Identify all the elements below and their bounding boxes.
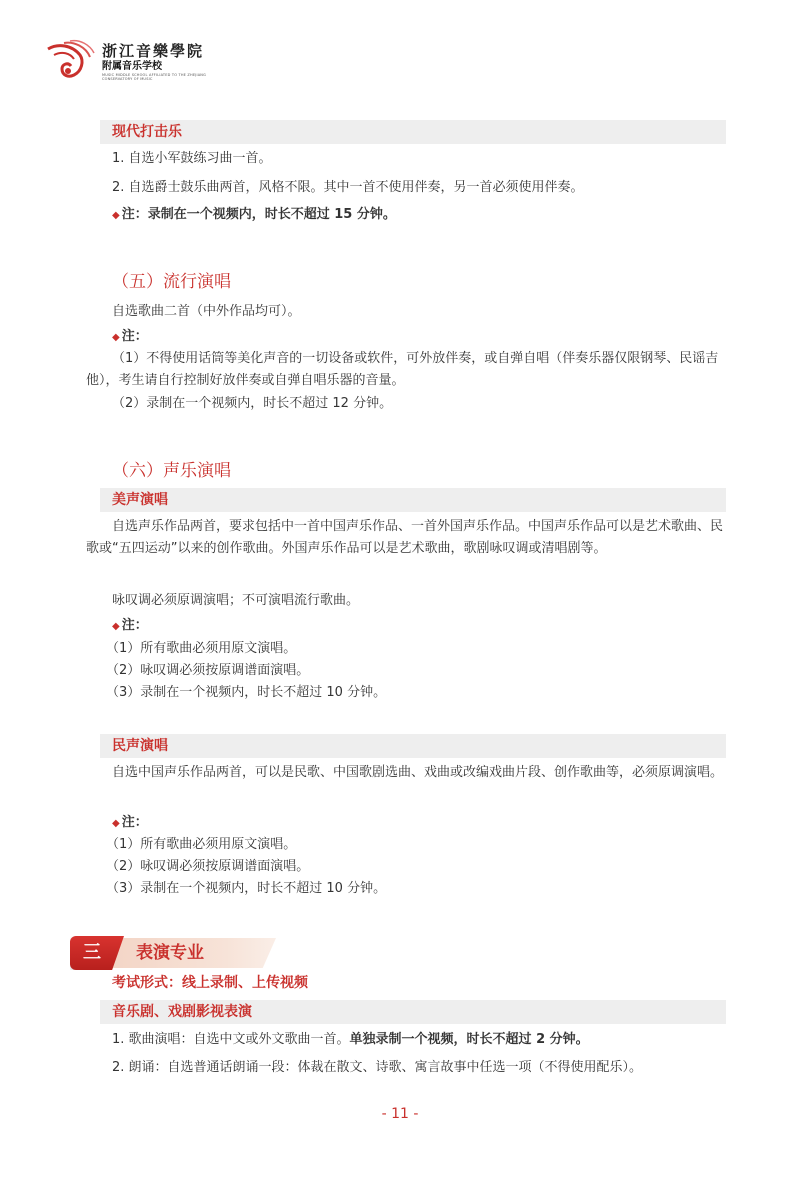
exam-format: 考试形式：线上录制、上传视频	[112, 972, 308, 994]
performance-item-1-bold: 单独录制一个视频，时长不超过 2 分钟。	[350, 1032, 589, 1047]
bel-canto-note-label-text: 注：	[122, 618, 148, 633]
folk-heading: 民声演唱	[100, 734, 726, 758]
pop-note-2: （2）录制在一个视频内，时长不超过 12 分钟。	[112, 394, 392, 414]
folk-description: 自选中国声乐作品两首，可以是民歌、中国歌剧选曲、戏曲或改编戏曲片段、创作歌曲等，…	[86, 762, 726, 784]
performance-item-2: 2. 朗诵：自选普通话朗诵一段：体裁在散文、诗歌、寓言故事中任选一项（不得使用配…	[112, 1058, 642, 1078]
diamond-bullet-icon: ◆	[112, 818, 120, 829]
logo-subtitle: 附属音乐学校	[102, 60, 234, 73]
percussion-item-1: 1. 自选小军鼓练习曲一首。	[112, 149, 272, 169]
school-logo: 浙江音樂學院 附属音乐学校 MUSIC MIDDLE SCHOOL AFFILI…	[44, 36, 234, 86]
bel-canto-description: 自选声乐作品两首，要求包括中一首中国声乐作品、一首外国声乐作品。中国声乐作品可以…	[86, 516, 726, 560]
page-number: - 11 -	[0, 1104, 800, 1124]
bel-canto-note-1: （1）所有歌曲必须用原文演唱。	[106, 639, 296, 659]
percussion-note: ◆注：录制在一个视频内，时长不超过 15 分钟。	[112, 205, 396, 226]
pop-note-label-text: 注：	[122, 329, 148, 344]
logo-title: 浙江音樂學院	[102, 42, 234, 60]
pop-note-1: （1）不得使用话筒等美化声音的一切设备或软件，可外放伴奏，或自弹自唱（伴奏乐器仅…	[86, 348, 726, 392]
percussion-item-2: 2. 自选爵士鼓乐曲两首，风格不限。其中一首不使用伴奏，另一首必须使用伴奏。	[112, 178, 584, 198]
bel-canto-note-2: （2）咏叹调必须按原调谱面演唱。	[106, 661, 309, 681]
folk-note-1: （1）所有歌曲必须用原文演唱。	[106, 835, 296, 855]
percussion-heading: 现代打击乐	[100, 120, 726, 144]
pop-note-label: ◆注：	[112, 327, 148, 348]
logo-emblem-icon	[44, 39, 96, 83]
folk-note-label: ◆注：	[112, 813, 148, 834]
performance-section-banner: 三 表演专业	[70, 936, 280, 970]
musical-drama-heading: 音乐剧、戏剧影视表演	[100, 1000, 726, 1024]
folk-note-label-text: 注：	[122, 815, 148, 830]
percussion-note-text: 注：录制在一个视频内，时长不超过 15 分钟。	[122, 207, 396, 222]
performance-item-1-text: 1. 歌曲演唱：自选中文或外文歌曲一首。	[112, 1032, 350, 1047]
pop-section-title: （五）流行演唱	[112, 270, 231, 294]
diamond-bullet-icon: ◆	[112, 621, 120, 632]
pop-requirement: 自选歌曲二首（中外作品均可）。	[112, 302, 301, 322]
diamond-bullet-icon: ◆	[112, 332, 120, 343]
bel-canto-heading: 美声演唱	[100, 488, 726, 512]
performance-section-title: 表演专业	[136, 938, 204, 968]
bel-canto-aria-rule: 咏叹调必须原调演唱；不可演唱流行歌曲。	[112, 591, 359, 611]
vocal-section-title: （六）声乐演唱	[112, 459, 231, 483]
logo-english: MUSIC MIDDLE SCHOOL AFFILIATED TO THE ZH…	[102, 73, 234, 81]
performance-item-1: 1. 歌曲演唱：自选中文或外文歌曲一首。单独录制一个视频，时长不超过 2 分钟。	[112, 1030, 589, 1050]
bel-canto-note-label: ◆注：	[112, 616, 148, 637]
diamond-bullet-icon: ◆	[112, 210, 120, 221]
bel-canto-note-3: （3）录制在一个视频内，时长不超过 10 分钟。	[106, 683, 386, 703]
folk-note-3: （3）录制在一个视频内，时长不超过 10 分钟。	[106, 879, 386, 899]
folk-note-2: （2）咏叹调必须按原调谱面演唱。	[106, 857, 309, 877]
